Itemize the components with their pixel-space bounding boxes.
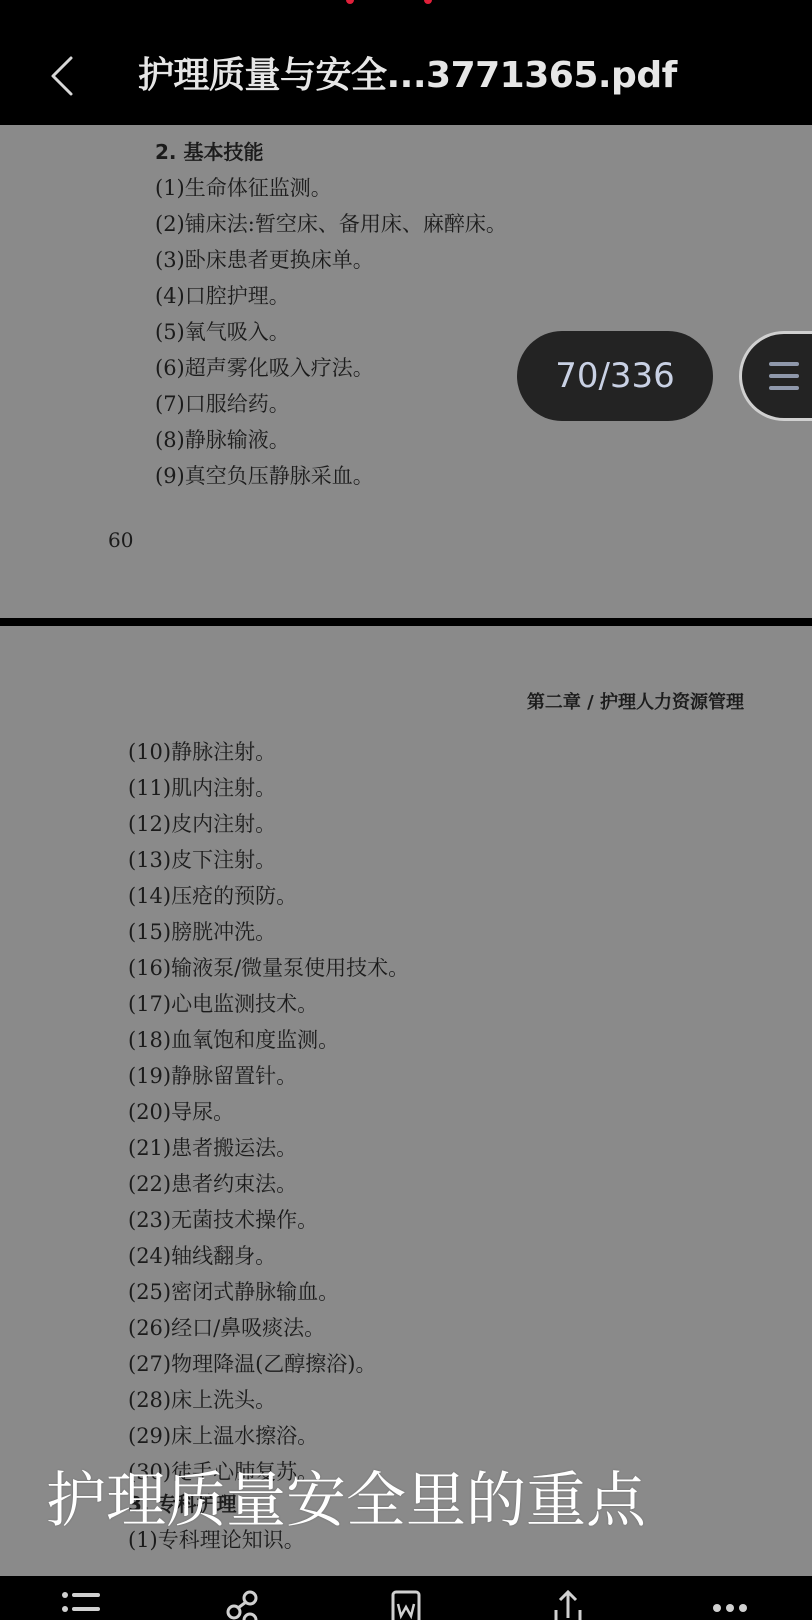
list-item: (3)卧床患者更换床单。 — [155, 246, 374, 274]
list-item: (12)皮内注射。 — [128, 810, 276, 838]
page-divider — [0, 618, 812, 626]
contents-button[interactable] — [52, 1576, 112, 1620]
video-caption: 护理质量安全里的重点 — [46, 1466, 646, 1536]
list-icon — [60, 1590, 104, 1620]
list-item: (16)输液泵/微量泵使用技术。 — [128, 954, 409, 982]
list-item: (13)皮下注射。 — [128, 846, 276, 874]
list-item: (8)静脉输液。 — [155, 426, 290, 454]
app-header: 护理质量与安全...3771365.pdf — [0, 0, 812, 125]
list-item: (5)氧气吸入。 — [155, 318, 290, 346]
list-item: (29)床上温水擦浴。 — [128, 1422, 318, 1450]
export-button[interactable] — [538, 1576, 598, 1620]
more-dots-icon — [708, 1590, 752, 1620]
status-bar-partial — [0, 0, 812, 8]
list-item: (24)轴线翻身。 — [128, 1242, 276, 1270]
list-item: (1)生命体征监测。 — [155, 174, 332, 202]
list-item: (14)压疮的预防。 — [128, 882, 297, 910]
list-item: (6)超声雾化吸入疗法。 — [155, 354, 374, 382]
list-item: (4)口腔护理。 — [155, 282, 290, 310]
list-item: (9)真空负压静脉采血。 — [155, 462, 374, 490]
list-item: (28)床上洗头。 — [128, 1386, 276, 1414]
list-item: (25)密闭式静脉输血。 — [128, 1278, 339, 1306]
section-heading: 2. 基本技能 — [155, 138, 263, 166]
list-item: (7)口服给药。 — [155, 390, 290, 418]
list-item: (23)无菌技术操作。 — [128, 1206, 318, 1234]
running-head: 第二章 / 护理人力资源管理 — [527, 688, 744, 714]
status-indicator — [346, 0, 354, 4]
list-item: (11)肌内注射。 — [128, 774, 276, 802]
list-item: (18)血氧饱和度监测。 — [128, 1026, 339, 1054]
list-item: (26)经口/鼻吸痰法。 — [128, 1314, 325, 1342]
list-item: (27)物理降温(乙醇擦浴)。 — [128, 1350, 377, 1378]
share-nodes-icon — [222, 1590, 266, 1620]
list-item: (10)静脉注射。 — [128, 738, 276, 766]
pdf-page-61: 第二章 / 护理人力资源管理 (10)静脉注射。 (11)肌内注射。 (12)皮… — [0, 626, 812, 1576]
word-document-icon — [384, 1590, 428, 1620]
list-item: (21)患者搬运法。 — [128, 1134, 297, 1162]
pdf-viewer-screen: 护理质量与安全...3771365.pdf 2. 基本技能 (1)生命体征监测。… — [0, 0, 812, 1620]
bottom-toolbar — [0, 1576, 812, 1620]
more-button[interactable] — [700, 1576, 760, 1620]
list-item: (22)患者约束法。 — [128, 1170, 297, 1198]
page-number: 60 — [108, 528, 133, 552]
chevron-left-icon — [49, 55, 75, 97]
list-item: (19)静脉留置针。 — [128, 1062, 297, 1090]
page-indicator-label: 70/336 — [555, 356, 675, 396]
document-title: 护理质量与安全...3771365.pdf — [138, 52, 677, 100]
list-item: (2)铺床法:暂空床、备用床、麻醉床。 — [155, 210, 507, 238]
list-item: (17)心电监测技术。 — [128, 990, 318, 1018]
back-button[interactable] — [40, 52, 84, 100]
page-indicator[interactable]: 70/336 — [517, 331, 713, 421]
status-indicator — [424, 0, 432, 4]
convert-to-word-button[interactable] — [376, 1576, 436, 1620]
list-item: (15)膀胱冲洗。 — [128, 918, 276, 946]
upload-export-icon — [546, 1590, 590, 1620]
share-button[interactable] — [214, 1576, 274, 1620]
list-item: (20)导尿。 — [128, 1098, 234, 1126]
